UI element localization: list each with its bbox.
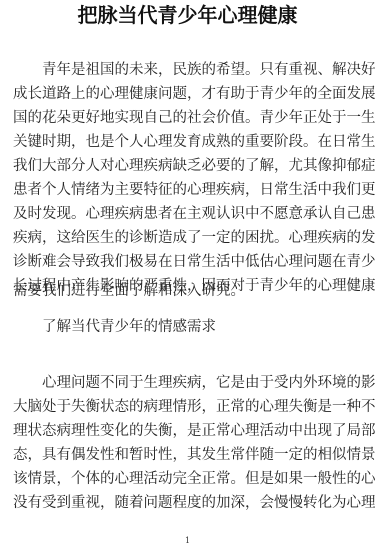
page-number: 1 bbox=[0, 535, 375, 547]
paragraph-line: 心理问题不同于生理疾病，它是由于受内外环境的影响，使 bbox=[42, 371, 363, 395]
document-page: 把脉当代青少年心理健康 青年是祖国的未来，民族的希望。只有重视、解决好青少年 成… bbox=[0, 0, 375, 550]
paragraph-line: 关键时期，也是个人心理发育成熟的重要阶段。在日常生活中， bbox=[13, 130, 363, 154]
paragraph-line: 态，具有偶发性和暂时性，其发生常伴随一定的相似情景，脱离 bbox=[13, 443, 363, 467]
paragraph-line: 青年是祖国的未来，民族的希望。只有重视、解决好青少年 bbox=[42, 58, 363, 82]
paragraph-line: 需要我们进行全面了解和深入研究。 bbox=[13, 279, 363, 303]
paragraph-line: 诊断难会导致我们极易在日常生活中低估心理问题在青少年成 bbox=[13, 250, 363, 274]
paragraph-line: 国的花朵更好地实现自己的社会价值。青少年正处于一生成长的 bbox=[13, 106, 363, 130]
section-heading: 了解当代青少年的情感需求 bbox=[42, 315, 216, 339]
paragraph-line: 没有受到重视，随着问题程度的加深，会慢慢转化为心理疾病。 bbox=[13, 491, 363, 515]
document-title: 把脉当代青少年心理健康 bbox=[0, 2, 375, 28]
paragraph-line: 及时发现。心理疾病患者在主观认识中不愿意承认自己患有此类 bbox=[13, 202, 363, 226]
paragraph-line: 该情景，个体的心理活动完全正常。但是如果一般性的心理问题 bbox=[13, 467, 363, 491]
paragraph-line: 我们大部分人对心理疾病缺乏必要的了解，尤其像抑郁症这类以 bbox=[13, 154, 363, 178]
paragraph-line: 大脑处于失衡状态的病理情形，正常的心理失衡是一种不存在心 bbox=[13, 395, 363, 419]
paragraph-line: 成长道路上的心理健康问题，才有助于青少年的全面发展，让祖 bbox=[13, 82, 363, 106]
paragraph-line: 患者个人情绪为主要特征的心理疾病，日常生活中我们更是难以 bbox=[13, 178, 363, 202]
paragraph-line: 理状态病理性变化的失衡，是正常心理活动中出现了局部异常状 bbox=[13, 419, 363, 443]
paragraph-line: 疾病，这给医生的诊断造成了一定的困扰。心理疾病的发现难、 bbox=[13, 226, 363, 250]
